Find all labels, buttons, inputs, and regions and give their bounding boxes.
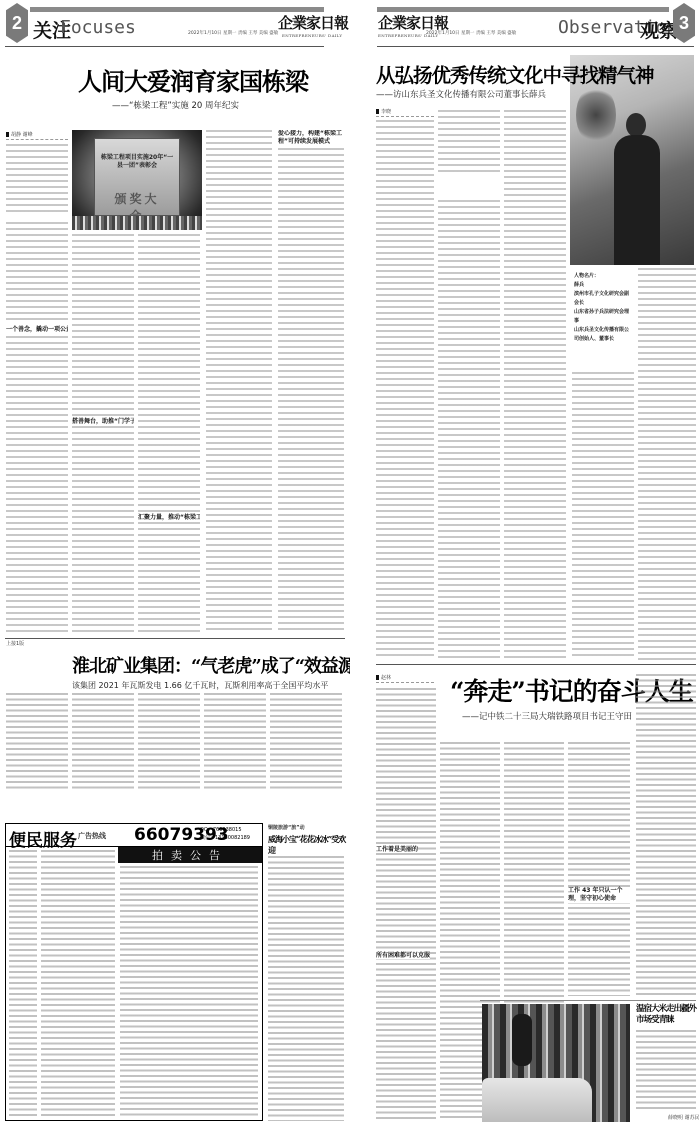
person-body	[614, 135, 660, 265]
main-headline: 人间大爱润育家国栋梁	[78, 62, 308, 97]
header-rule	[377, 46, 694, 47]
byline-rule	[376, 682, 434, 683]
second-headline: 淮北矿业集团：“气老虎”成了“效益源”	[72, 652, 364, 678]
section-divider	[376, 664, 696, 665]
article-column	[638, 268, 696, 660]
header-rule	[5, 46, 324, 47]
factory-photo	[482, 1004, 630, 1122]
profile-title: 人物名片：	[574, 272, 632, 281]
article-column	[270, 693, 342, 791]
article-column: 汇聚力量，推动“栋梁工程”迈向远方	[138, 234, 200, 632]
worker-figure	[512, 1014, 532, 1066]
article-column: 一个善念，撬动一项公益事业	[6, 144, 68, 632]
machinery	[482, 1078, 592, 1122]
article-column	[572, 372, 634, 660]
screen-text: 栋梁工程项目实施20年“一县一团”表彰会	[98, 154, 176, 170]
classifieds-block: 便民服务 广告热线 66079393 QQ：769038015 微信：13180…	[5, 823, 263, 1121]
profile-line: 山东省孙子兵法研究会理事	[574, 308, 632, 326]
byline-rule	[376, 116, 434, 117]
subsection-heading: 搭善舞台，助推“门学子成就梦想	[72, 416, 134, 425]
page-number-badge: 3	[673, 3, 695, 43]
profile-line: 滨州市孔子文化研究会副会长	[574, 290, 632, 308]
feature-headline: 温宿大米走出疆外 市场受青睐	[636, 1004, 696, 1026]
article-column	[376, 120, 434, 660]
article-column	[268, 856, 344, 1121]
side-headline: 威海小宝“花花冰冰”受欢迎	[268, 834, 346, 856]
section-title-en: Focuses	[60, 17, 136, 38]
classifieds-wechat: 微信：13180082189	[200, 834, 250, 841]
profile-line: 山东兵圣文化传播有限公司创始人、董事长	[574, 326, 632, 344]
masthead-logo: 企業家日報	[278, 12, 348, 33]
subsection-heading: 工作着是美丽的	[376, 844, 418, 853]
article-column: 爱心接力，构建“栋梁工程”可持续发展模式	[278, 130, 344, 632]
subsection-heading: 工作 43 年只认一个理，坚守初心使命	[568, 887, 630, 903]
article-column	[204, 693, 266, 791]
page-2-focuses: 2 关注 Focuses 2022年1月10日 星期一 责编 王琴 美编 盛敏 …	[0, 0, 349, 1126]
article-column	[504, 110, 566, 660]
main-subhead: ——“栋梁工程”实施 20 周年纪实	[112, 99, 239, 111]
page-number-badge: 2	[6, 3, 28, 43]
photo-credit: 薛晓明 谢苏民	[668, 1114, 699, 1121]
article-column	[636, 674, 696, 996]
subsection-heading: 爱心接力，构建“栋梁工程”可持续发展模式	[278, 130, 344, 146]
article-column: 搭善舞台，助推“门学子成就梦想	[72, 234, 134, 632]
article-column	[6, 693, 68, 791]
profile-card: 人物名片： 薛兵 滨州市孔子文化研究会副会长 山东省孙子兵法研究会理事 山东兵圣…	[574, 272, 632, 344]
masthead-en: ENTREPRENEURS' DAILY	[282, 33, 342, 38]
ad-listing	[41, 850, 115, 1118]
article-column: 工作着是美丽的 所有困难都可以克服	[376, 688, 436, 1121]
article-column	[72, 693, 134, 791]
main-subhead: ——访山东兵圣文化传播有限公司董事长薛兵	[376, 88, 546, 100]
page-3-observation: 企業家日報 ENTREPRENEURS' DAILY 2022年1月10日 星期…	[350, 0, 699, 1126]
second-subhead: 该集团 2021 年瓦斯发电 1.66 亿千瓦时，瓦斯利用率高于全国平均水平	[72, 680, 328, 691]
dateline: 2022年1月10日 星期一 责编 王琴 美编 盛敏	[188, 30, 278, 36]
byline: 胡静 谢峰	[6, 131, 33, 138]
classifieds-qq: QQ：769038015	[200, 826, 242, 833]
second-subhead: ——记中铁二十三局大瑞铁路项目书记王守田	[462, 710, 632, 722]
profile-name: 薛兵	[574, 281, 632, 290]
section-divider	[5, 638, 345, 639]
article-column	[636, 1030, 696, 1110]
byline-rule	[6, 139, 68, 140]
article-column	[438, 110, 500, 660]
byline: 赵林	[376, 674, 391, 681]
classifieds-title: 便民服务	[9, 826, 77, 851]
main-headline: 从弘扬优秀传统文化中寻找精气神	[376, 60, 654, 88]
dateline: 2022年1月10日 星期一 责编 王琴 美编 盛敏	[426, 30, 516, 36]
section-title-cn: 观察	[640, 16, 678, 43]
subsection-heading: 所有困难都可以克服	[376, 950, 430, 959]
audience	[72, 216, 202, 230]
auction-notice-header: 拍卖公告	[118, 847, 262, 863]
byline: 李晓	[376, 108, 391, 115]
jump-kicker: 上接1版	[6, 640, 24, 647]
person-head	[626, 113, 646, 137]
subsection-heading: 汇聚力量，推动“栋梁工程”迈向远方	[138, 512, 200, 521]
classifieds-hotline-label: 广告热线	[78, 831, 106, 841]
auction-notice-body	[120, 866, 258, 1118]
subsection-heading: 一个善念，撬动一项公益事业	[6, 324, 68, 333]
side-kicker: 铜陵旅游“旅”动	[268, 824, 305, 831]
article-column	[138, 693, 200, 791]
main-photo: 栋梁工程项目实施20年“一县一团”表彰会 颁奖大会	[72, 130, 202, 230]
ad-listing	[9, 850, 37, 1118]
tree-branch	[576, 85, 616, 145]
article-column	[206, 130, 272, 632]
page-header: 企業家日報 ENTREPRENEURS' DAILY 2022年1月10日 星期…	[350, 0, 699, 48]
page-header: 2 关注 Focuses 2022年1月10日 星期一 责编 王琴 美编 盛敏 …	[0, 0, 349, 48]
article-column: 工作 43 年只认一个理，坚守初心使命	[568, 742, 630, 996]
